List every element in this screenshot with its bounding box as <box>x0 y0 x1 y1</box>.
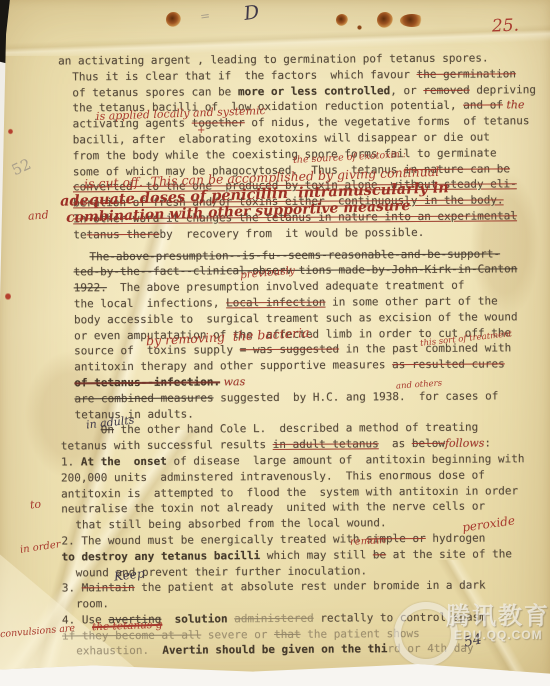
typed-segment: severe or <box>201 628 274 642</box>
typed-segment: of tetanus spores can be <box>72 85 238 99</box>
typed-segment: The above presumption involved adequate … <box>107 279 465 294</box>
handwritten-note: the tetanus g <box>92 620 163 633</box>
typed-segment: in adult tetanus <box>273 437 379 451</box>
watermark-url-text: EDU.QQ.COM <box>454 628 543 642</box>
typed-segment: : <box>484 437 491 450</box>
typed-segment: te <box>73 228 86 241</box>
typed-segment: At the onset <box>81 455 167 469</box>
typed-segment: exhaustion. <box>76 644 162 658</box>
paper-sheet: an activating argent , leading to germin… <box>0 0 550 686</box>
typed-segment: 1. <box>61 455 81 468</box>
typed-segment: solution <box>175 612 228 625</box>
handwritten-note: + <box>197 126 205 136</box>
typed-segment: the germination <box>417 67 516 81</box>
typed-segment: as <box>379 437 412 450</box>
handwritten-note: and <box>28 209 49 221</box>
typed-segment: removed <box>423 83 469 96</box>
typed-segment: administered <box>234 612 314 626</box>
typed-segment: that <box>274 628 301 641</box>
handwritten-note: remain <box>350 536 386 548</box>
typed-segment: be <box>373 548 386 561</box>
typed-segment: room. <box>76 597 109 610</box>
typed-segment: from the body while the coexisting spore… <box>73 146 497 162</box>
typed-segment: of nidus, the vegetative forms of tetanu… <box>245 114 530 129</box>
watermark: 腾讯教育 EDU.QQ.COM <box>388 590 550 668</box>
typed-segment: an activating argent , leading to germin… <box>58 52 489 68</box>
typed-segment: are combined measures <box>74 391 213 405</box>
typed-line: tetanus thereby recovery from it would b… <box>59 224 541 243</box>
handwritten-note: 25. <box>492 18 520 36</box>
handwritten-segment: the <box>503 99 525 112</box>
typed-segment: below <box>412 437 445 450</box>
typed-segment: hydrogen <box>426 531 486 544</box>
typed-segment: of disease large amount of antitoxin beg… <box>167 452 525 467</box>
typed-segment: Thus it is clear that if the factors whi… <box>72 68 416 83</box>
typed-segment: the local infections, <box>74 296 226 310</box>
scanned-document-page: an activating argent , leading to germin… <box>0 0 550 686</box>
typed-segment: Maintain <box>82 581 135 594</box>
typed-segment: neutralise the toxin not already united … <box>61 500 485 516</box>
typed-segment: more or less controlled <box>238 84 390 98</box>
typed-segment: to destroy any tetanus bacilli <box>62 549 261 563</box>
typed-segment: of tetanus--infection. <box>74 375 220 389</box>
typed-segment: body accessible to surgical treament suc… <box>74 310 518 326</box>
typed-segment: bacilli, after elaborating exotoxins wil… <box>73 130 490 146</box>
typed-segment: and of <box>463 99 503 112</box>
handwritten-note: = <box>199 9 211 22</box>
typed-segment: = was suggested <box>240 343 339 357</box>
typed-segment: at the site of the <box>386 547 512 561</box>
handwritten-note: to <box>29 498 41 510</box>
typed-segment: 200,000 units adminstered intravenously.… <box>61 468 485 484</box>
handwritten-note: Keep <box>113 567 145 582</box>
typed-segment: Avertin should be given on the thi <box>162 643 387 658</box>
typed-segment: tanus there <box>87 228 160 242</box>
watermark-chinese-text: 腾讯教育 <box>446 596 550 631</box>
typed-segment: in some other part of the <box>325 294 497 308</box>
typed-segment: that still being absorbed from the local… <box>75 516 386 531</box>
typed-segment: which may still <box>260 548 373 562</box>
typed-segment: Local infection <box>226 296 325 310</box>
typed-segment: 1922. <box>74 281 107 294</box>
typed-segment: tetanus with successful results <box>61 438 273 452</box>
typed-segment: depriving <box>470 83 536 96</box>
handwritten-segment: was <box>220 375 245 388</box>
typed-segment: suggested by H.C. ang 1938. for cases of <box>214 389 499 404</box>
typed-segment: antitoxin therapy and other supportive m… <box>74 358 392 373</box>
typed-segment: The-above-presumption--is-fu--seems-reas… <box>89 247 500 263</box>
typed-segment: antitoxin is attempted to flood the syst… <box>61 484 518 500</box>
typed-segment: 3. <box>62 582 82 595</box>
handwritten-segment: follows <box>445 437 485 450</box>
typed-segment: the other hand Cole L. described a metho… <box>114 421 478 437</box>
typed-segment <box>161 613 174 626</box>
typed-segment: , or <box>390 84 423 97</box>
typed-segment: as resulted cures <box>392 358 505 372</box>
typed-segment: 2. The wound must be energically treated… <box>61 532 366 547</box>
handwritten-note: D <box>243 3 261 24</box>
typed-segment: by recovery from it would be possible. <box>159 226 424 241</box>
